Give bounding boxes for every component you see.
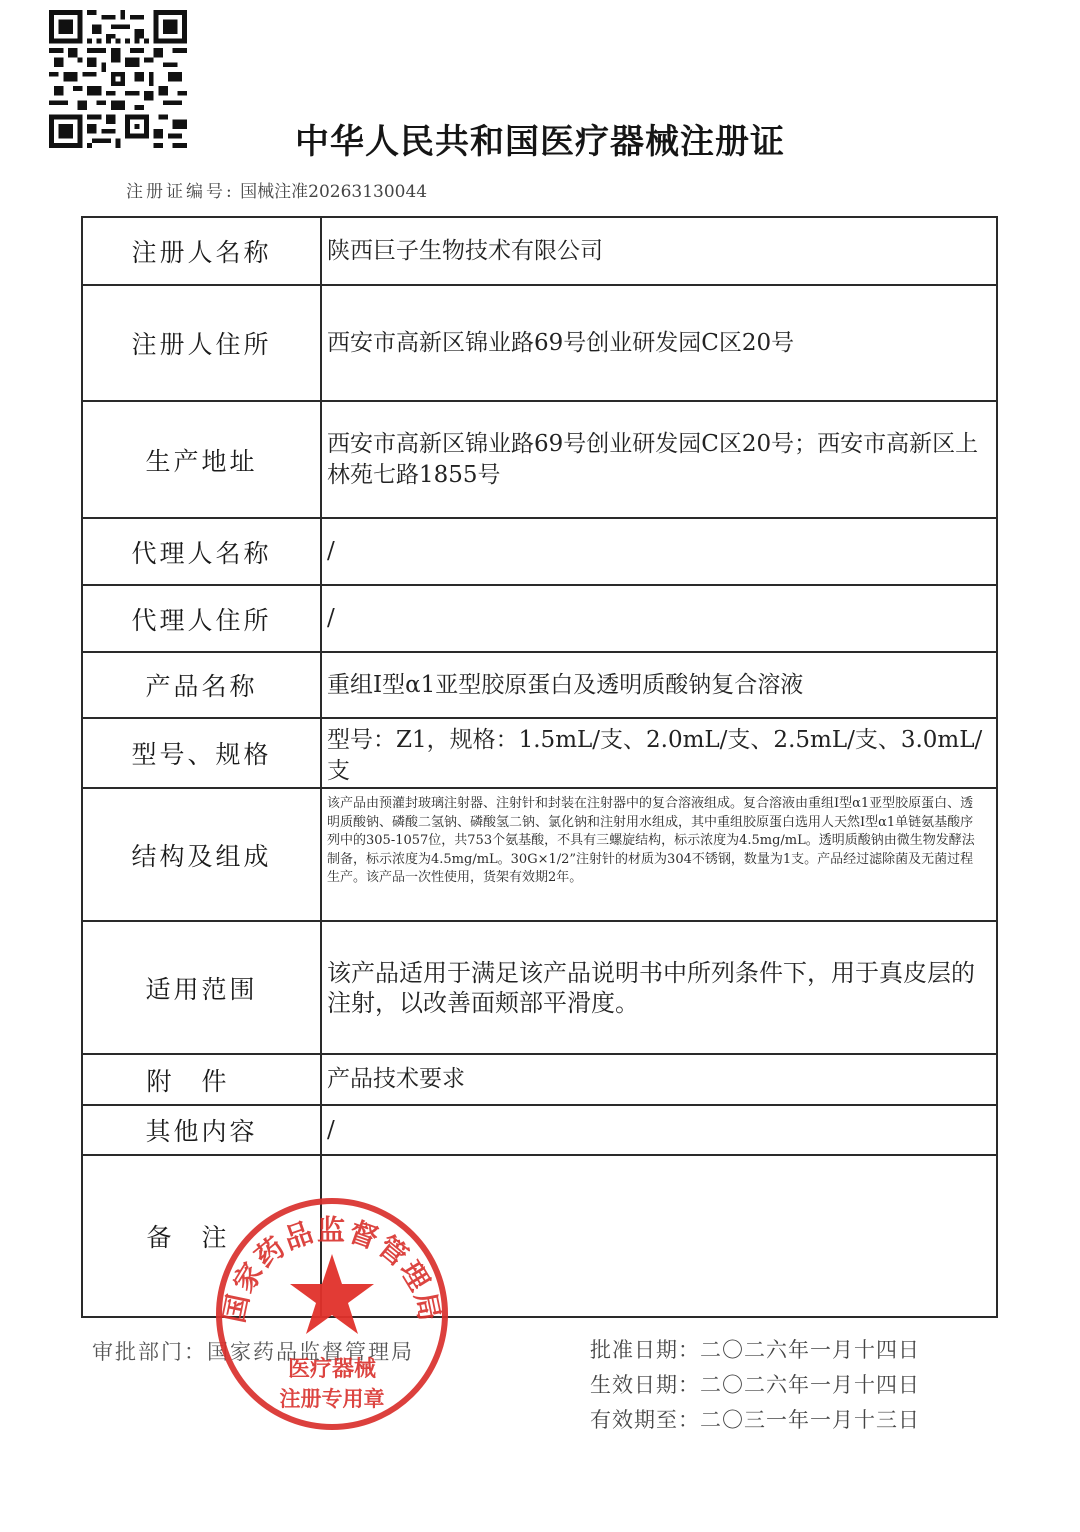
table-row: 生产地址 西安市高新区锦业路69号创业研发园C区20号；西安市高新区上林苑七路1… bbox=[82, 401, 997, 518]
row-value-production-address: 西安市高新区锦业路69号创业研发园C区20号；西安市高新区上林苑七路1855号 bbox=[321, 401, 997, 518]
table-row: 附件 产品技术要求 bbox=[82, 1054, 997, 1105]
row-label-agent-address: 代理人住所 bbox=[82, 585, 321, 652]
row-label-attachment: 附件 bbox=[82, 1054, 321, 1105]
row-value-registrant-name: 陕西巨子生物技术有限公司 bbox=[321, 217, 997, 285]
expiry-date: 有效期至：二〇三一年一月十三日 bbox=[590, 1403, 920, 1438]
registration-number-value: 国械注准20263130044 bbox=[240, 182, 427, 202]
row-label-remarks: 备注 bbox=[82, 1155, 321, 1317]
expiry-date-value: 二〇三一年一月十三日 bbox=[700, 1408, 920, 1432]
registration-number: 注册证编号: 国械注准20263130044 bbox=[126, 177, 427, 202]
qr-code-icon bbox=[48, 10, 188, 148]
approval-department-value: 国家药品监督管理局 bbox=[207, 1340, 414, 1364]
table-row: 注册人名称 陕西巨子生物技术有限公司 bbox=[82, 217, 997, 285]
table-row: 结构及组成 该产品由预灌封玻璃注射器、注射针和封装在注射器中的复合溶液组成。复合… bbox=[82, 788, 997, 921]
table-row: 适用范围 该产品适用于满足该产品说明书中所列条件下，用于真皮层的注射，以改善面颊… bbox=[82, 921, 997, 1054]
row-label-remarks-text: 备注 bbox=[146, 1223, 256, 1252]
row-label-model-spec: 型号、规格 bbox=[82, 718, 321, 788]
effective-date-value: 二〇二六年一月十四日 bbox=[700, 1373, 920, 1397]
table-row: 型号、规格 型号：Z1，规格：1.5mL/支、2.0mL/支、2.5mL/支、3… bbox=[82, 718, 997, 788]
document-title: 中华人民共和国医疗器械注册证 bbox=[280, 114, 800, 163]
registration-number-label: 注册证编号: bbox=[126, 182, 235, 202]
row-label-other: 其他内容 bbox=[82, 1105, 321, 1155]
row-value-structure: 该产品由预灌封玻璃注射器、注射针和封装在注射器中的复合溶液组成。复合溶液由重组Ⅰ… bbox=[321, 788, 997, 921]
row-value-model-spec: 型号：Z1，规格：1.5mL/支、2.0mL/支、2.5mL/支、3.0mL/支 bbox=[321, 718, 997, 788]
table-row: 代理人住所 / bbox=[82, 585, 997, 652]
approval-date-label: 批准日期： bbox=[590, 1338, 700, 1362]
approval-department-label: 审批部门： bbox=[92, 1340, 207, 1364]
row-label-scope: 适用范围 bbox=[82, 921, 321, 1054]
seal-line-2: 注册专用章 bbox=[280, 1387, 385, 1411]
row-label-production-address: 生产地址 bbox=[82, 401, 321, 518]
table-row: 产品名称 重组Ⅰ型α1亚型胶原蛋白及透明质酸钠复合溶液 bbox=[82, 652, 997, 718]
table-row: 代理人名称 / bbox=[82, 518, 997, 585]
table-row: 其他内容 / bbox=[82, 1105, 997, 1155]
table-row: 备注 bbox=[82, 1155, 997, 1317]
effective-date-label: 生效日期： bbox=[590, 1373, 700, 1397]
row-value-product-name: 重组Ⅰ型α1亚型胶原蛋白及透明质酸钠复合溶液 bbox=[321, 652, 997, 718]
approval-date: 批准日期：二〇二六年一月十四日 bbox=[590, 1333, 920, 1368]
row-label-registrant-name: 注册人名称 bbox=[82, 217, 321, 285]
row-value-attachment: 产品技术要求 bbox=[321, 1054, 997, 1105]
row-value-registrant-address: 西安市高新区锦业路69号创业研发园C区20号 bbox=[321, 285, 997, 401]
table-row: 注册人住所 西安市高新区锦业路69号创业研发园C区20号 bbox=[82, 285, 997, 401]
qr-code bbox=[48, 10, 188, 148]
row-value-remarks bbox=[321, 1155, 997, 1317]
approval-department: 审批部门：国家药品监督管理局 bbox=[92, 1336, 414, 1366]
row-label-product-name: 产品名称 bbox=[82, 652, 321, 718]
certificate-table: 注册人名称 陕西巨子生物技术有限公司 注册人住所 西安市高新区锦业路69号创业研… bbox=[81, 216, 998, 1318]
row-label-attachment-text: 附件 bbox=[146, 1067, 256, 1096]
row-label-structure: 结构及组成 bbox=[82, 788, 321, 921]
dates-block: 批准日期：二〇二六年一月十四日 生效日期：二〇二六年一月十四日 有效期至：二〇三… bbox=[590, 1333, 920, 1438]
row-label-agent-name: 代理人名称 bbox=[82, 518, 321, 585]
row-value-agent-address: / bbox=[321, 585, 997, 652]
approval-date-value: 二〇二六年一月十四日 bbox=[700, 1338, 920, 1362]
row-value-scope: 该产品适用于满足该产品说明书中所列条件下，用于真皮层的注射，以改善面颊部平滑度。 bbox=[321, 921, 997, 1054]
row-value-other: / bbox=[321, 1105, 997, 1155]
row-label-registrant-address: 注册人住所 bbox=[82, 285, 321, 401]
expiry-date-label: 有效期至： bbox=[590, 1408, 700, 1432]
effective-date: 生效日期：二〇二六年一月十四日 bbox=[590, 1368, 920, 1403]
row-value-agent-name: / bbox=[321, 518, 997, 585]
